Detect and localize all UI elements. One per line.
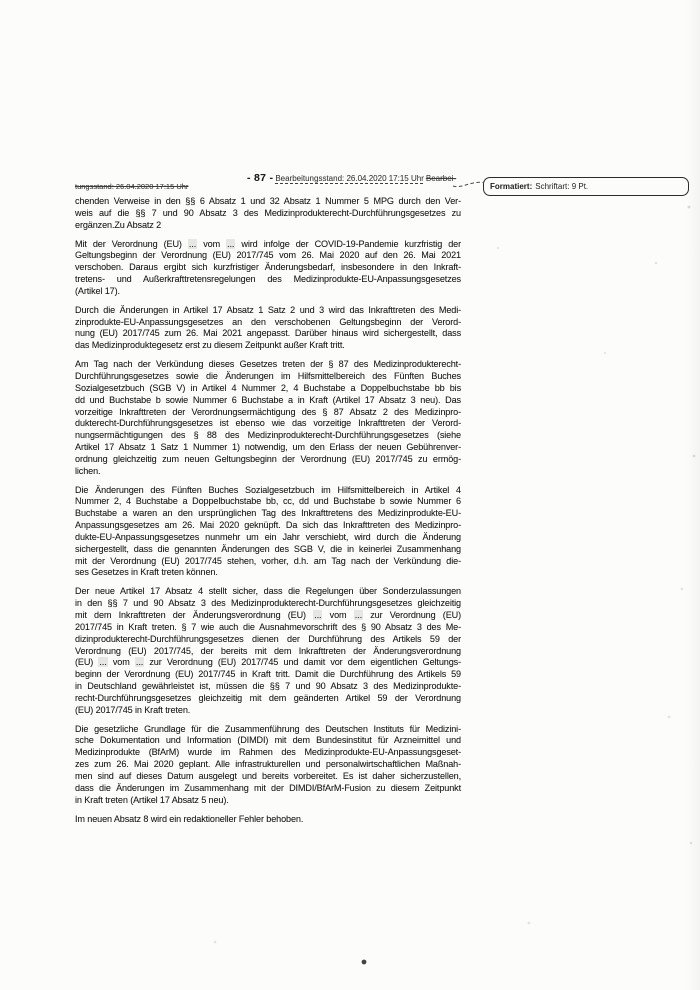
- text-line: (Artikel 17).: [75, 286, 461, 298]
- word-field-placeholder: ...: [188, 239, 197, 249]
- text-line: Am Tag nach der Verkündung dieses Gesetz…: [75, 359, 461, 371]
- scan-noise: [0, 0, 2, 2]
- text-line: zes zum 26. Mai 2020 geplant. Alle infra…: [75, 759, 461, 771]
- paragraph: Durch die Änderungen in Artikel 17 Absat…: [75, 305, 461, 352]
- text-line: Buchstabe a waren an den ursprünglichen …: [75, 508, 461, 520]
- text-line: dukte-EU-Anpassungsgesetzes nunmehr um e…: [75, 532, 461, 544]
- text-line: 2017/745 in Kraft treten. § 7 wie auch d…: [75, 622, 461, 634]
- text-line: dd und Buchstabe b sowie Nummer 6 Buchst…: [75, 395, 461, 407]
- text-line: in Kraft treten (Artikel 17 Absatz 5 neu…: [75, 795, 461, 807]
- text-line: weis auf die §§ 7 und 90 Absatz 3 des Me…: [75, 208, 461, 220]
- word-field-placeholder: ...: [226, 239, 235, 249]
- paragraph: Die Änderungen des Fünften Buches Sozial…: [75, 485, 461, 580]
- scanned-page: tungsstand: 26.04.2020 17:15 Uhr - 87 - …: [0, 0, 700, 990]
- text-line: (EU) 2017/745 in Kraft treten.: [75, 705, 461, 717]
- text-line: dukterecht-Durchführungsgesetzes ist ebe…: [75, 418, 461, 430]
- page-header: - 87 - Bearbeitungsstand: 26.04.2020 17:…: [247, 172, 456, 184]
- text-line: mit der Verordnung (EU) 2017/745 stehen,…: [75, 556, 461, 568]
- text-line: ordnung gleichzeitig zum neuen Geltungsb…: [75, 454, 461, 466]
- paragraph: Die gesetzliche Grundlage für die Zusamm…: [75, 724, 461, 807]
- margin-deleted-text: tungsstand: 26.04.2020 17:15 Uhr: [75, 182, 188, 191]
- text-line: Nummer 2, 4 Buchstabe a Doppelbuchstabe …: [75, 496, 461, 508]
- text-line: Anpassungsgesetzes am 26. Mai 2020 geknü…: [75, 520, 461, 532]
- text-line: vorzeitige Inkrafttreten der Verordnungs…: [75, 407, 461, 419]
- word-field-placeholder: ...: [98, 657, 107, 667]
- text-line: recht-Durchführungsgesetzes gleichzeitig…: [75, 693, 461, 705]
- text-line: beginn der Verordnung (EU) 2017/745 in K…: [75, 669, 461, 681]
- text-line: sichergestellt, dass die genannten Änder…: [75, 544, 461, 556]
- text-line: ses Gesetzes in Kraft treten können.: [75, 567, 461, 579]
- text-line: Durchführungsgesetzes sowie die Änderung…: [75, 371, 461, 383]
- text-line: dizinprodukterecht-Durchführungsgesetzes…: [75, 634, 461, 646]
- word-field-placeholder: ...: [313, 610, 322, 620]
- text-line: dass die Änderungen im Zusammenhang mit …: [75, 783, 461, 795]
- text-line: in den §§ 7 und 90 Absatz 3 des Medizinp…: [75, 598, 461, 610]
- page-number: - 87 -: [247, 172, 273, 184]
- paragraph: Am Tag nach der Verkündung dieses Gesetz…: [75, 359, 461, 477]
- text-line: tretens- und Außerkrafttretensregelungen…: [75, 274, 461, 286]
- paragraph: Der neue Artikel 17 Absatz 4 stellt sich…: [75, 586, 461, 716]
- text-line: verschoben. Daraus ergibt sich kurzfrist…: [75, 262, 461, 274]
- text-line: sche Dokumentation und Information (DIMD…: [75, 735, 461, 747]
- text-line: in Deutschland gewährleistet ist, müssen…: [75, 681, 461, 693]
- text-line: men sind auf dieses Datum ausgelegt und …: [75, 771, 461, 783]
- text-line: Artikel 17 Absatz 1 Satz 1 Nummer 1) not…: [75, 442, 461, 454]
- text-line: Verordnung (EU) 2017/745, der bereits mi…: [75, 646, 461, 658]
- text-line: Im neuen Absatz 8 wird ein redaktionelle…: [75, 814, 461, 826]
- text-line: Sozialgesetzbuch (SGB V) in Artikel 4 Nu…: [75, 383, 461, 395]
- format-change-comment-bubble: Formatiert:Schriftart: 9 Pt.: [483, 177, 689, 196]
- text-line: nung (EU) 2017/745 zum 26. Mai 2021 ange…: [75, 328, 461, 340]
- word-field-placeholder: ...: [135, 657, 144, 667]
- paragraph: chenden Verweise in den §§ 6 Absatz 1 un…: [75, 196, 461, 232]
- text-line: Der neue Artikel 17 Absatz 4 stellt sich…: [75, 586, 461, 598]
- text-line: Mit der Verordnung (EU) ... vom ... wird…: [75, 239, 461, 251]
- text-line: Medizinprodukte (BfArM) wurde im Rahmen …: [75, 747, 461, 759]
- text-line: Durch die Änderungen in Artikel 17 Absat…: [75, 305, 461, 317]
- header-inserted-revision-text: Bearbeitungsstand: 26.04.2020 17:15 Uhr: [275, 174, 424, 183]
- text-line: chenden Verweise in den §§ 6 Absatz 1 un…: [75, 196, 461, 208]
- text-line: lichen.: [75, 466, 461, 478]
- text-line: Die gesetzliche Grundlage für die Zusamm…: [75, 724, 461, 736]
- comment-leader-line: [452, 177, 484, 191]
- text-line: nungsermächtigungen des § 88 des Medizin…: [75, 430, 461, 442]
- text-line: Die Änderungen des Fünften Buches Sozial…: [75, 485, 461, 497]
- text-line: mit dem Inkrafttreten der Änderungsveror…: [75, 610, 461, 622]
- comment-detail-text: Schriftart: 9 Pt.: [535, 182, 588, 191]
- text-line: ergänzen.Zu Absatz 2: [75, 220, 461, 232]
- text-line: (EU) ... vom ... zur Verordnung (EU) 201…: [75, 657, 461, 669]
- paragraph: Mit der Verordnung (EU) ... vom ... wird…: [75, 239, 461, 298]
- word-field-placeholder: ...: [354, 610, 363, 620]
- paragraph: Im neuen Absatz 8 wird ein redaktionelle…: [75, 814, 461, 826]
- comment-type-label: Formatiert:: [490, 182, 532, 191]
- text-line: das Medizinproduktegesetz erst zu diesem…: [75, 340, 461, 352]
- text-line: Geltungsbeginn der Verordnung (EU) 2017/…: [75, 250, 461, 262]
- text-line: zinprodukte-EU-Anpassungsgesetzes an den…: [75, 317, 461, 329]
- body-text: chenden Verweise in den §§ 6 Absatz 1 un…: [75, 196, 461, 832]
